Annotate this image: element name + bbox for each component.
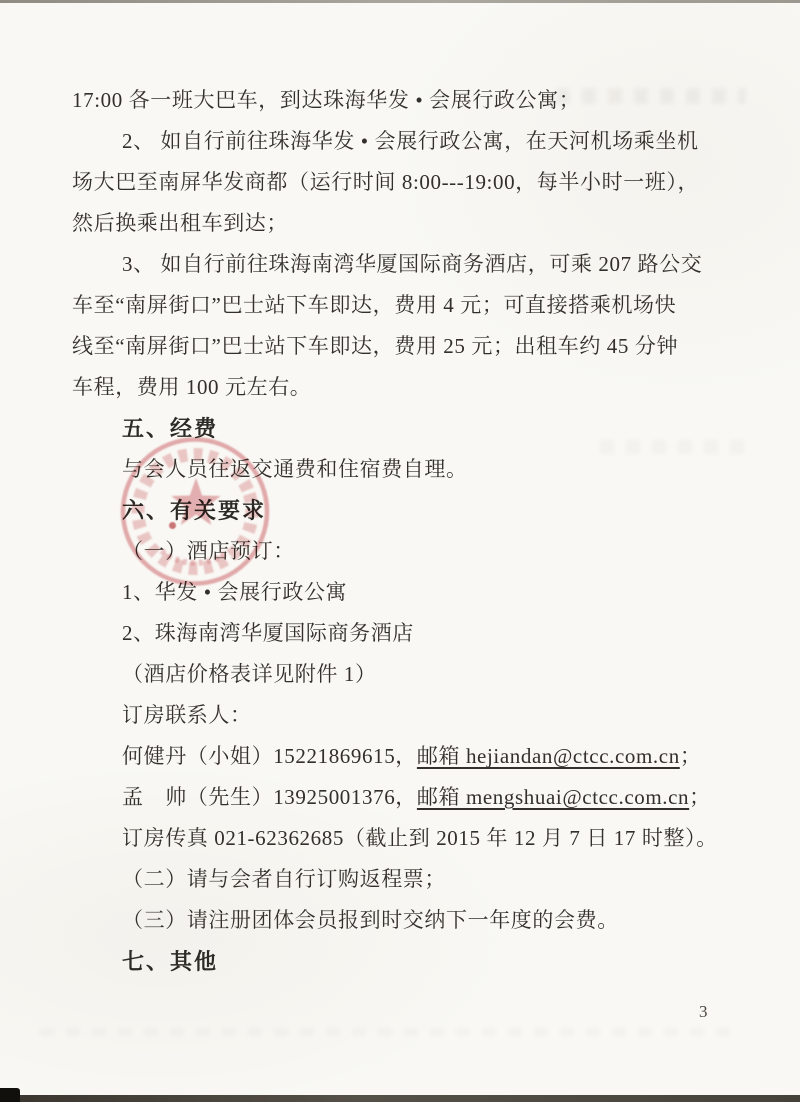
text-line: 然后换乘出租车到达； (72, 203, 734, 244)
text-segment: （一）酒店预订： (122, 539, 295, 563)
text-line: 场大巴至南屏华发商都（运行时间 8:00---19:00，每半小时一班）， (72, 162, 734, 203)
text-line: 与会人员往返交通费和住宿费自理。 (72, 449, 734, 490)
text-segment: ； (689, 785, 711, 809)
text-segment: 然后换乘出租车到达； (72, 211, 288, 235)
text-segment: 五、经费 (122, 416, 218, 441)
text-segment: 订房联系人： (122, 703, 252, 727)
text-line: 线至“南屏街口”巴士站下车即达，费用 25 元；出租车约 45 分钟 (72, 326, 734, 367)
scan-edge-bottom (0, 1095, 800, 1102)
text-line: （一）酒店预订： (72, 531, 734, 572)
text-line: 1、华发 • 会展行政公寓 (72, 572, 734, 613)
text-segment: ； (680, 744, 702, 768)
text-segment: 与会人员往返交通费和住宿费自理。 (122, 457, 468, 481)
text-segment: （酒店价格表详见附件 1） (122, 662, 377, 686)
text-line: （酒店价格表详见附件 1） (72, 654, 734, 695)
text-segment: 2、珠海南湾华厦国际商务酒店 (122, 621, 414, 645)
text-segment: 场大巴至南屏华发商都（运行时间 8:00---19:00，每半小时一班）， (72, 170, 699, 194)
section-heading: 五、经费 (72, 408, 734, 449)
text-line: 17:00 各一班大巴车，到达珠海华发 • 会展行政公寓； (72, 80, 734, 121)
text-segment: 六、有关要求 (122, 498, 266, 523)
text-segment: 17:00 各一班大巴车，到达珠海华发 • 会展行政公寓； (72, 88, 580, 112)
text-segment: 车程，费用 100 元左右。 (72, 375, 311, 399)
text-segment: 车至“南屏街口”巴士站下车即达，费用 4 元；可直接搭乘机场快 (72, 293, 676, 317)
underlined-email: 邮箱 hejiandan@ctcc.com.cn (417, 744, 680, 768)
text-segment: （二）请与会者自行订购返程票； (122, 867, 446, 891)
text-line: 2、 如自行前往珠海华发 • 会展行政公寓，在天河机场乘坐机 (72, 121, 734, 162)
scan-corner-artifact (0, 1088, 20, 1102)
document-body: 17:00 各一班大巴车，到达珠海华发 • 会展行政公寓；2、 如自行前往珠海华… (72, 80, 734, 982)
text-line: 孟 帅（先生）13925001376，邮箱 mengshuai@ctcc.com… (72, 777, 734, 818)
text-line: （二）请与会者自行订购返程票； (72, 859, 734, 900)
text-segment: 3、 如自行前往珠海南湾华厦国际商务酒店，可乘 207 路公交 (122, 252, 702, 276)
seal-ink-dot (169, 522, 176, 529)
text-segment: 七、其他 (122, 949, 218, 974)
text-line: 车程，费用 100 元左右。 (72, 367, 734, 408)
scanned-document-page: 17:00 各一班大巴车，到达珠海华发 • 会展行政公寓；2、 如自行前往珠海华… (0, 0, 800, 1102)
text-segment: （三）请注册团体会员报到时交纳下一年度的会费。 (122, 908, 619, 932)
text-line: 订房传真 021-62362685（截止到 2015 年 12 月 7 日 17… (72, 818, 734, 859)
page-number: 3 (699, 1000, 708, 1024)
underlined-email: 邮箱 mengshuai@ctcc.com.cn (417, 785, 689, 809)
text-segment: 订房传真 021-62362685（截止到 2015 年 12 月 7 日 17… (122, 826, 718, 850)
text-line: 2、珠海南湾华厦国际商务酒店 (72, 613, 734, 654)
text-line: 何健丹（小姐）15221869615，邮箱 hejiandan@ctcc.com… (72, 736, 734, 777)
text-segment: 何健丹（小姐）15221869615， (122, 744, 417, 768)
text-segment: 2、 如自行前往珠海华发 • 会展行政公寓，在天河机场乘坐机 (122, 129, 699, 153)
text-line: 车至“南屏街口”巴士站下车即达，费用 4 元；可直接搭乘机场快 (72, 285, 734, 326)
text-line: （三）请注册团体会员报到时交纳下一年度的会费。 (72, 900, 734, 941)
scan-smudge (40, 1028, 740, 1036)
text-line: 订房联系人： (72, 695, 734, 736)
text-segment: 线至“南屏街口”巴士站下车即达，费用 25 元；出租车约 45 分钟 (72, 334, 678, 358)
text-segment: 孟 帅（先生）13925001376， (122, 785, 417, 809)
scan-edge-top (0, 0, 800, 3)
text-line: 3、 如自行前往珠海南湾华厦国际商务酒店，可乘 207 路公交 (72, 244, 734, 285)
text-segment: 1、华发 • 会展行政公寓 (122, 580, 347, 604)
section-heading: 七、其他 (72, 941, 734, 982)
